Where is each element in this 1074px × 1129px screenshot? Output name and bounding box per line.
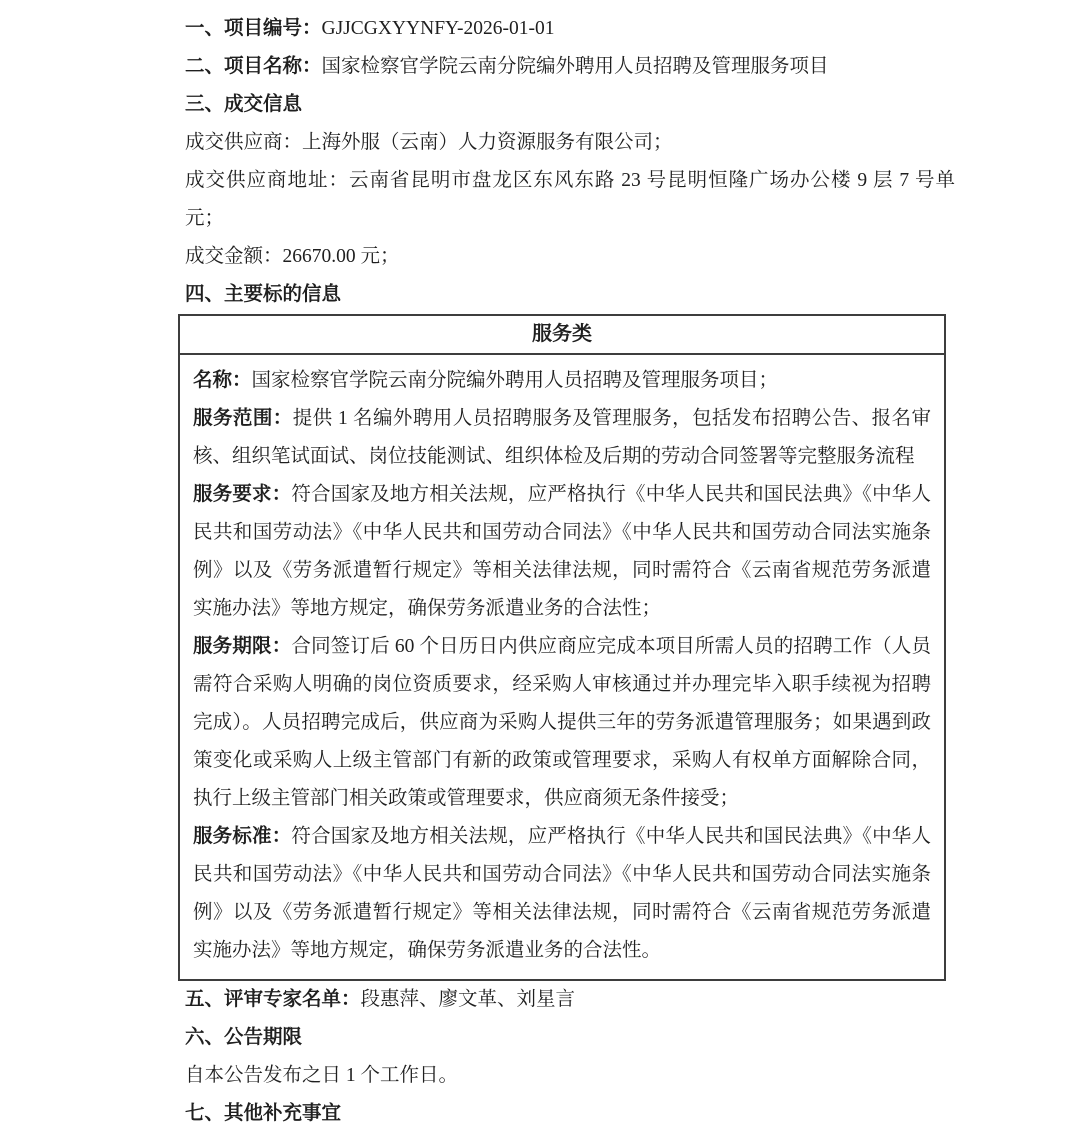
announcement-document: 一、项目编号：GJJCGXYYNFY-2026-01-01 二、项目名称：国家检… — [185, 10, 955, 1129]
table-body: 名称：国家检察官学院云南分院编外聘用人员招聘及管理服务项目； 服务范围：提供 1… — [180, 355, 944, 979]
expert-list-value: 段惠萍、廖文革、刘星言 — [361, 989, 576, 1010]
table-row-service-term: 服务期限：合同签订后 60 个日历日内供应商应完成本项目所需人员的招聘工作（人员… — [193, 628, 931, 818]
table-row-name: 名称：国家检察官学院云南分院编外聘用人员招聘及管理服务项目； — [193, 362, 931, 400]
row-term-label: 服务期限： — [193, 636, 291, 657]
project-number-line: 一、项目编号：GJJCGXYYNFY-2026-01-01 — [185, 10, 955, 48]
project-name-label: 二、项目名称： — [185, 56, 322, 77]
project-number-label: 一、项目编号： — [185, 18, 322, 39]
project-name-value: 国家检察官学院云南分院编外聘用人员招聘及管理服务项目 — [322, 56, 829, 77]
table-header-service-category: 服务类 — [180, 316, 944, 355]
row-scope-label: 服务范围： — [193, 408, 293, 429]
project-number-value: GJJCGXYYNFY-2026-01-01 — [322, 18, 555, 39]
row-requirements-text: 符合国家及地方相关法规，应严格执行《中华人民共和国民法典》《中华人民共和国劳动法… — [193, 484, 931, 619]
award-info-heading: 三、成交信息 — [185, 86, 955, 124]
table-row-service-requirements: 服务要求：符合国家及地方相关法规，应严格执行《中华人民共和国民法典》《中华人民共… — [193, 476, 931, 628]
project-name-line: 二、项目名称：国家检察官学院云南分院编外聘用人员招聘及管理服务项目 — [185, 48, 955, 86]
row-term-text: 合同签订后 60 个日历日内供应商应完成本项目所需人员的招聘工作（人员需符合采购… — [193, 636, 931, 809]
supplier-line: 成交供应商：上海外服（云南）人力资源服务有限公司； — [185, 124, 955, 162]
row-scope-text: 提供 1 名编外聘用人员招聘服务及管理服务，包括发布招聘公告、报名审核、组织笔试… — [193, 408, 931, 467]
subject-info-heading: 四、主要标的信息 — [185, 276, 955, 314]
row-standard-label: 服务标准： — [193, 826, 291, 847]
notice-period-body: 自本公告发布之日 1 个工作日。 — [185, 1057, 955, 1095]
subject-info-table: 服务类 名称：国家检察官学院云南分院编外聘用人员招聘及管理服务项目； 服务范围：… — [178, 314, 946, 981]
row-requirements-label: 服务要求： — [193, 484, 291, 505]
row-name-text: 国家检察官学院云南分院编外聘用人员招聘及管理服务项目； — [252, 370, 779, 391]
table-row-service-standard: 服务标准：符合国家及地方相关法规，应严格执行《中华人民共和国民法典》《中华人民共… — [193, 818, 931, 970]
other-matters-heading: 七、其他补充事宜 — [185, 1095, 955, 1129]
award-amount-line: 成交金额：26670.00 元； — [185, 238, 955, 276]
notice-period-heading: 六、公告期限 — [185, 1019, 955, 1057]
row-standard-text: 符合国家及地方相关法规，应严格执行《中华人民共和国民法典》《中华人民共和国劳动法… — [193, 826, 931, 961]
expert-list-label: 五、评审专家名单： — [185, 989, 361, 1010]
supplier-address-line: 成交供应商地址：云南省昆明市盘龙区东风东路 23 号昆明恒隆广场办公楼 9 层 … — [185, 162, 955, 238]
expert-list-line: 五、评审专家名单：段惠萍、廖文革、刘星言 — [185, 981, 955, 1019]
table-row-service-scope: 服务范围：提供 1 名编外聘用人员招聘服务及管理服务，包括发布招聘公告、报名审核… — [193, 400, 931, 476]
row-name-label: 名称： — [193, 370, 252, 391]
